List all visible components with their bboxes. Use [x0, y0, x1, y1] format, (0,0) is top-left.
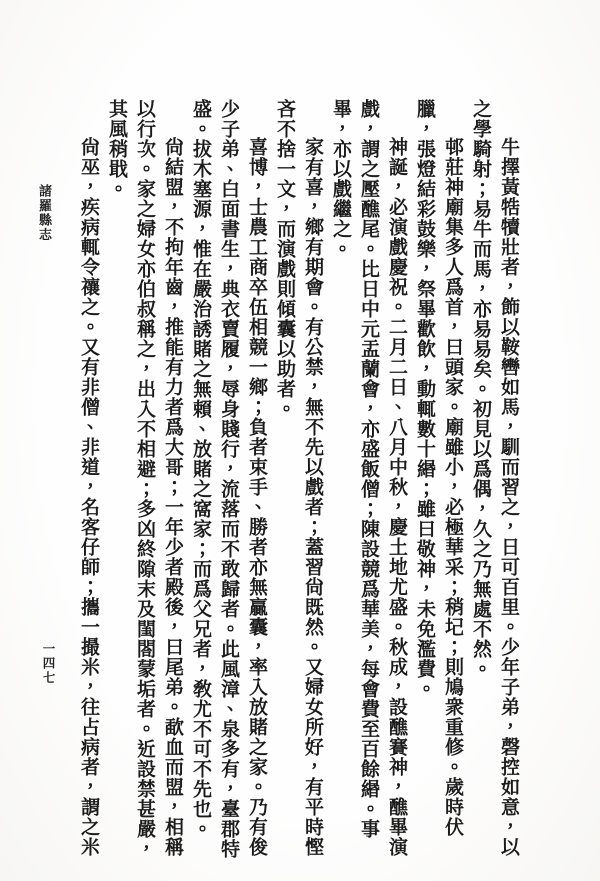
vertical-text-block: 牛擇黃牿犢壯者，飾以鞍轡如馬，馴而習之，日可百里。少年子弟，磬控如意，以之學騎射…	[73, 99, 522, 859]
paragraph: 尙結盟，不拘年齒，推能有力者爲大哥；一年少者殿後，曰尾弟。歃血而盟，相稱以行次。…	[102, 99, 186, 859]
book-title-margin: 諸羅縣志	[35, 184, 54, 242]
paragraph: 家有喜，鄉有期會。有公禁，無不先以戲者；蓋習尙既然。又婦女所好，有平時慳吝不捨一…	[270, 99, 326, 859]
paragraph: 神誕，必演戲慶祝。二月二日、八月中秋，慶土地尤盛。秋成，設醮賽神，醮畢演戲，謂之…	[326, 99, 410, 859]
paragraph: 牛擇黃牿犢壯者，飾以鞍轡如馬，馴而習之，日可百里。少年子弟，磬控如意，以之學騎射…	[466, 99, 522, 859]
paragraph: 尙巫，疾病輒令禳之。又有非僧、非道，名客仔師；攜一撮米，往占病者，謂之米	[74, 99, 102, 859]
paragraph: 邨莊神廟集多人爲首，曰頭家。廟雖小，必極華采；稍圮；則鳩衆重修。歲時伏臘，張燈結…	[410, 99, 466, 859]
paragraph: 喜博，士農工商卒伍相競一鄉；負者束手、勝者亦無贏囊，率入放賭之家。乃有俊少子弟、…	[186, 99, 270, 859]
page-number: 一四七	[39, 642, 57, 686]
scanned-book-page: 諸羅縣志 一四七 牛擇黃牿犢壯者，飾以鞍轡如馬，馴而習之，日可百里。少年子弟，磬…	[0, 0, 600, 881]
